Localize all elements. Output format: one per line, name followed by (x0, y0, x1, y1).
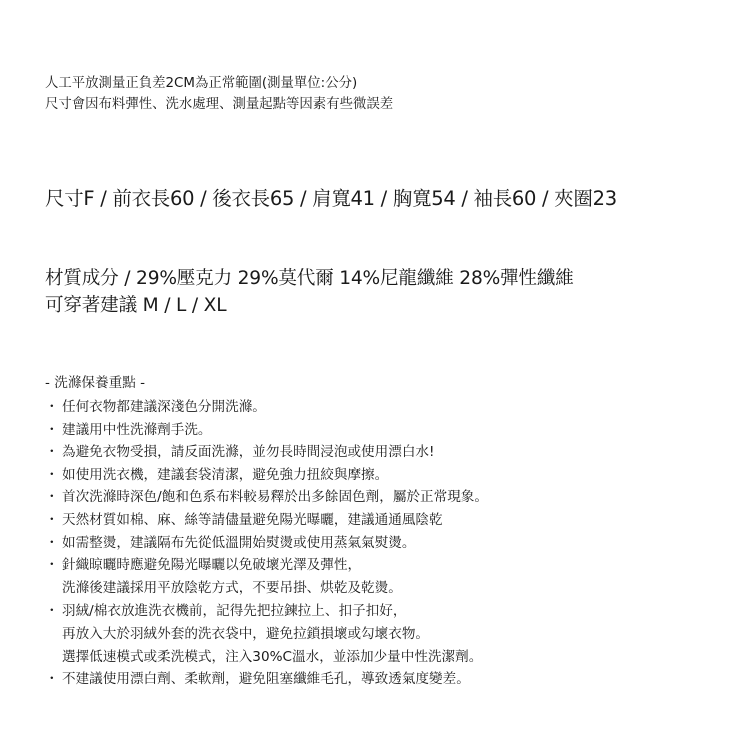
care-title: - 洗滌保養重點 - (45, 377, 145, 391)
care-item: ・如使用洗衣機，建議套袋清潔，避免強力扭絞與摩擦。 (45, 469, 388, 483)
bullet-icon: ・ (45, 537, 62, 551)
bullet-icon: ・ (45, 446, 62, 460)
care-item-text: 羽絨/棉衣放進洗衣機前，記得先把拉鍊拉上、扣子扣好， (62, 603, 406, 619)
care-item-continuation: 洗滌後建議採用平放陰乾方式，不要吊掛、烘乾及乾燙。 (62, 582, 402, 596)
care-item-text: 首次洗滌時深色/飽和色系布料較易釋於出多餘固色劑，屬於正常現象。 (62, 489, 488, 505)
bullet-icon: ・ (45, 469, 62, 483)
size-spec: 尺寸F / 前衣長60 / 後衣長65 / 肩寬41 / 胸寬54 / 袖長60… (45, 189, 617, 209)
care-item-continuation: 再放入大於羽絨外套的洗衣袋中，避免拉鎖損壞或勾壞衣物。 (62, 628, 429, 642)
care-item-text: 任何衣物都建議深淺色分開洗滌。 (62, 399, 266, 415)
care-item: ・任何衣物都建議深淺色分開洗滌。 (45, 401, 266, 415)
care-item: ・首次洗滌時深色/飽和色系布料較易釋於出多餘固色劑，屬於正常現象。 (45, 491, 488, 505)
bullet-icon: ・ (45, 514, 62, 528)
care-item-text: 建議用中性洗滌劑手洗。 (62, 422, 212, 438)
bullet-icon: ・ (45, 673, 62, 687)
bullet-icon: ・ (45, 491, 62, 505)
care-item: ・不建議使用漂白劑、柔軟劑，避免阻塞纖維毛孔，導致透氣度變差。 (45, 673, 470, 687)
care-item-text: 如需整燙，建議隔布先從低溫開始熨燙或使用蒸氣氣熨燙。 (62, 535, 415, 551)
care-item-text: 不建議使用漂白劑、柔軟劑，避免阻塞纖維毛孔，導致透氣度變差。 (62, 671, 470, 687)
care-item: ・針織晾曬時應避免陽光曝曬以免破壞光澤及彈性， (45, 559, 361, 573)
measurement-note-line-1: 人工平放測量正負差2CM為正常範圍(測量單位:公分) (45, 77, 357, 90)
care-item: ・天然材質如棉、麻、絲等請儘量避免陽光曝曬，建議通通風陰乾 (45, 514, 443, 528)
care-item-text: 天然材質如棉、麻、絲等請儘量避免陽光曝曬，建議通通風陰乾 (62, 512, 443, 528)
bullet-icon: ・ (45, 559, 62, 573)
bullet-icon: ・ (45, 424, 62, 438)
care-item: ・如需整燙，建議隔布先從低溫開始熨燙或使用蒸氣氣熨燙。 (45, 537, 415, 551)
material-composition: 材質成分 / 29%壓克力 29%莫代爾 14%尼龍纖維 28%彈性纖維 (45, 270, 574, 289)
bullet-icon: ・ (45, 605, 62, 619)
care-item: ・為避免衣物受損，請反面洗滌，並勿長時間浸泡或使用漂白水! (45, 446, 434, 460)
care-item-text: 針織晾曬時應避免陽光曝曬以免破壞光澤及彈性， (62, 557, 361, 573)
recommended-fit: 可穿著建議 M / L / XL (45, 297, 226, 316)
bullet-icon: ・ (45, 401, 62, 415)
care-item: ・羽絨/棉衣放進洗衣機前，記得先把拉鍊拉上、扣子扣好， (45, 605, 406, 619)
care-item: ・建議用中性洗滌劑手洗。 (45, 424, 212, 438)
care-item-text: 如使用洗衣機，建議套袋清潔，避免強力扭絞與摩擦。 (62, 467, 388, 483)
care-item-text: 為避免衣物受損，請反面洗滌，並勿長時間浸泡或使用漂白水! (62, 444, 434, 460)
measurement-note-line-2: 尺寸會因布料彈性、洗水處理、測量起點等因素有些微誤差 (45, 98, 393, 111)
care-item-continuation: 選擇低速模式或柔洗模式，注入30%C溫水，並添加少量中性洗潔劑。 (62, 651, 482, 665)
